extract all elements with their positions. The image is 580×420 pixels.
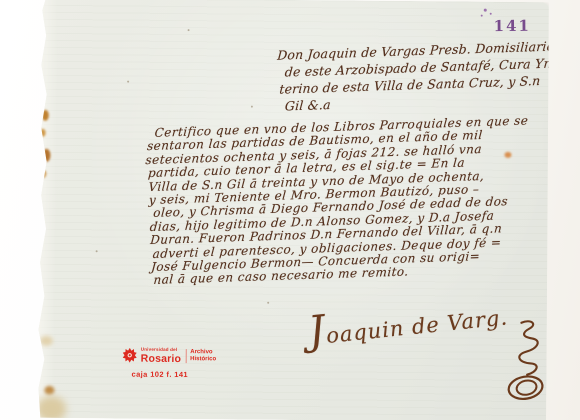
ink-dot bbox=[481, 15, 483, 17]
manuscript-text: Don Joaquin de Vargas Presb. Domisiliari… bbox=[30, 0, 542, 3]
signature: Joaquin de Varg. bbox=[307, 296, 509, 349]
stain bbox=[36, 396, 66, 420]
archival-photo: 141 Don Joaquin de Vargas Presb. Domisil… bbox=[0, 0, 580, 420]
ink-dot bbox=[484, 9, 487, 12]
archive-logo: Universidad del Rosario Archivo Históric… bbox=[123, 348, 217, 365]
university-wordmark: Universidad del Rosario bbox=[141, 348, 182, 364]
speck bbox=[267, 302, 269, 304]
body-block: Certifico que en vno de los Libros Parro… bbox=[34, 114, 533, 291]
box-folio-caption: caja 102 f. 141 bbox=[132, 370, 189, 379]
signature-text: Joaquin de Varg. bbox=[307, 296, 509, 349]
stain bbox=[40, 336, 53, 346]
ink-dot bbox=[490, 13, 492, 15]
stain bbox=[44, 386, 54, 395]
heading-block: Don Joaquin de Vargas Presb. Domisiliari… bbox=[31, 38, 556, 123]
rosario-crest-icon bbox=[123, 348, 137, 364]
speck bbox=[188, 29, 190, 31]
archive-line2: Histórico bbox=[190, 356, 216, 363]
manuscript-page: 141 Don Joaquin de Vargas Presb. Domisil… bbox=[34, 0, 550, 420]
folio-number-stamp: 141 bbox=[494, 17, 531, 35]
archive-wordmark: Archivo Histórico bbox=[190, 349, 216, 363]
university-name-label: Rosario bbox=[141, 353, 182, 364]
logo-divider bbox=[185, 349, 186, 363]
signature-rubric-flourish bbox=[495, 316, 556, 406]
